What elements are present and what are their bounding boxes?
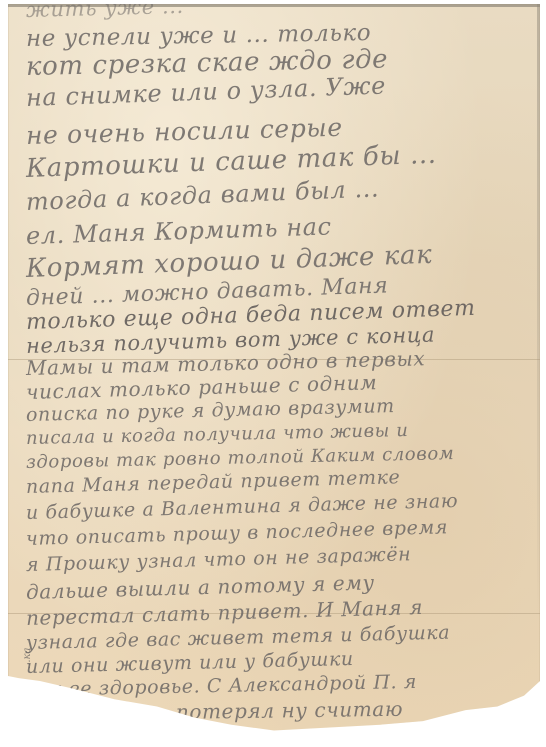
text-line: жить уже ... [26,0,184,22]
letter-page: жить уже ... не успели уже и ... только … [8,4,540,732]
text-line: сейчас связь потерял ну считаю [26,697,403,726]
margin-note: ...ка [22,648,33,669]
document-scan: жить уже ... не успели уже и ... только … [0,0,546,747]
paper-right-edge [537,4,540,623]
